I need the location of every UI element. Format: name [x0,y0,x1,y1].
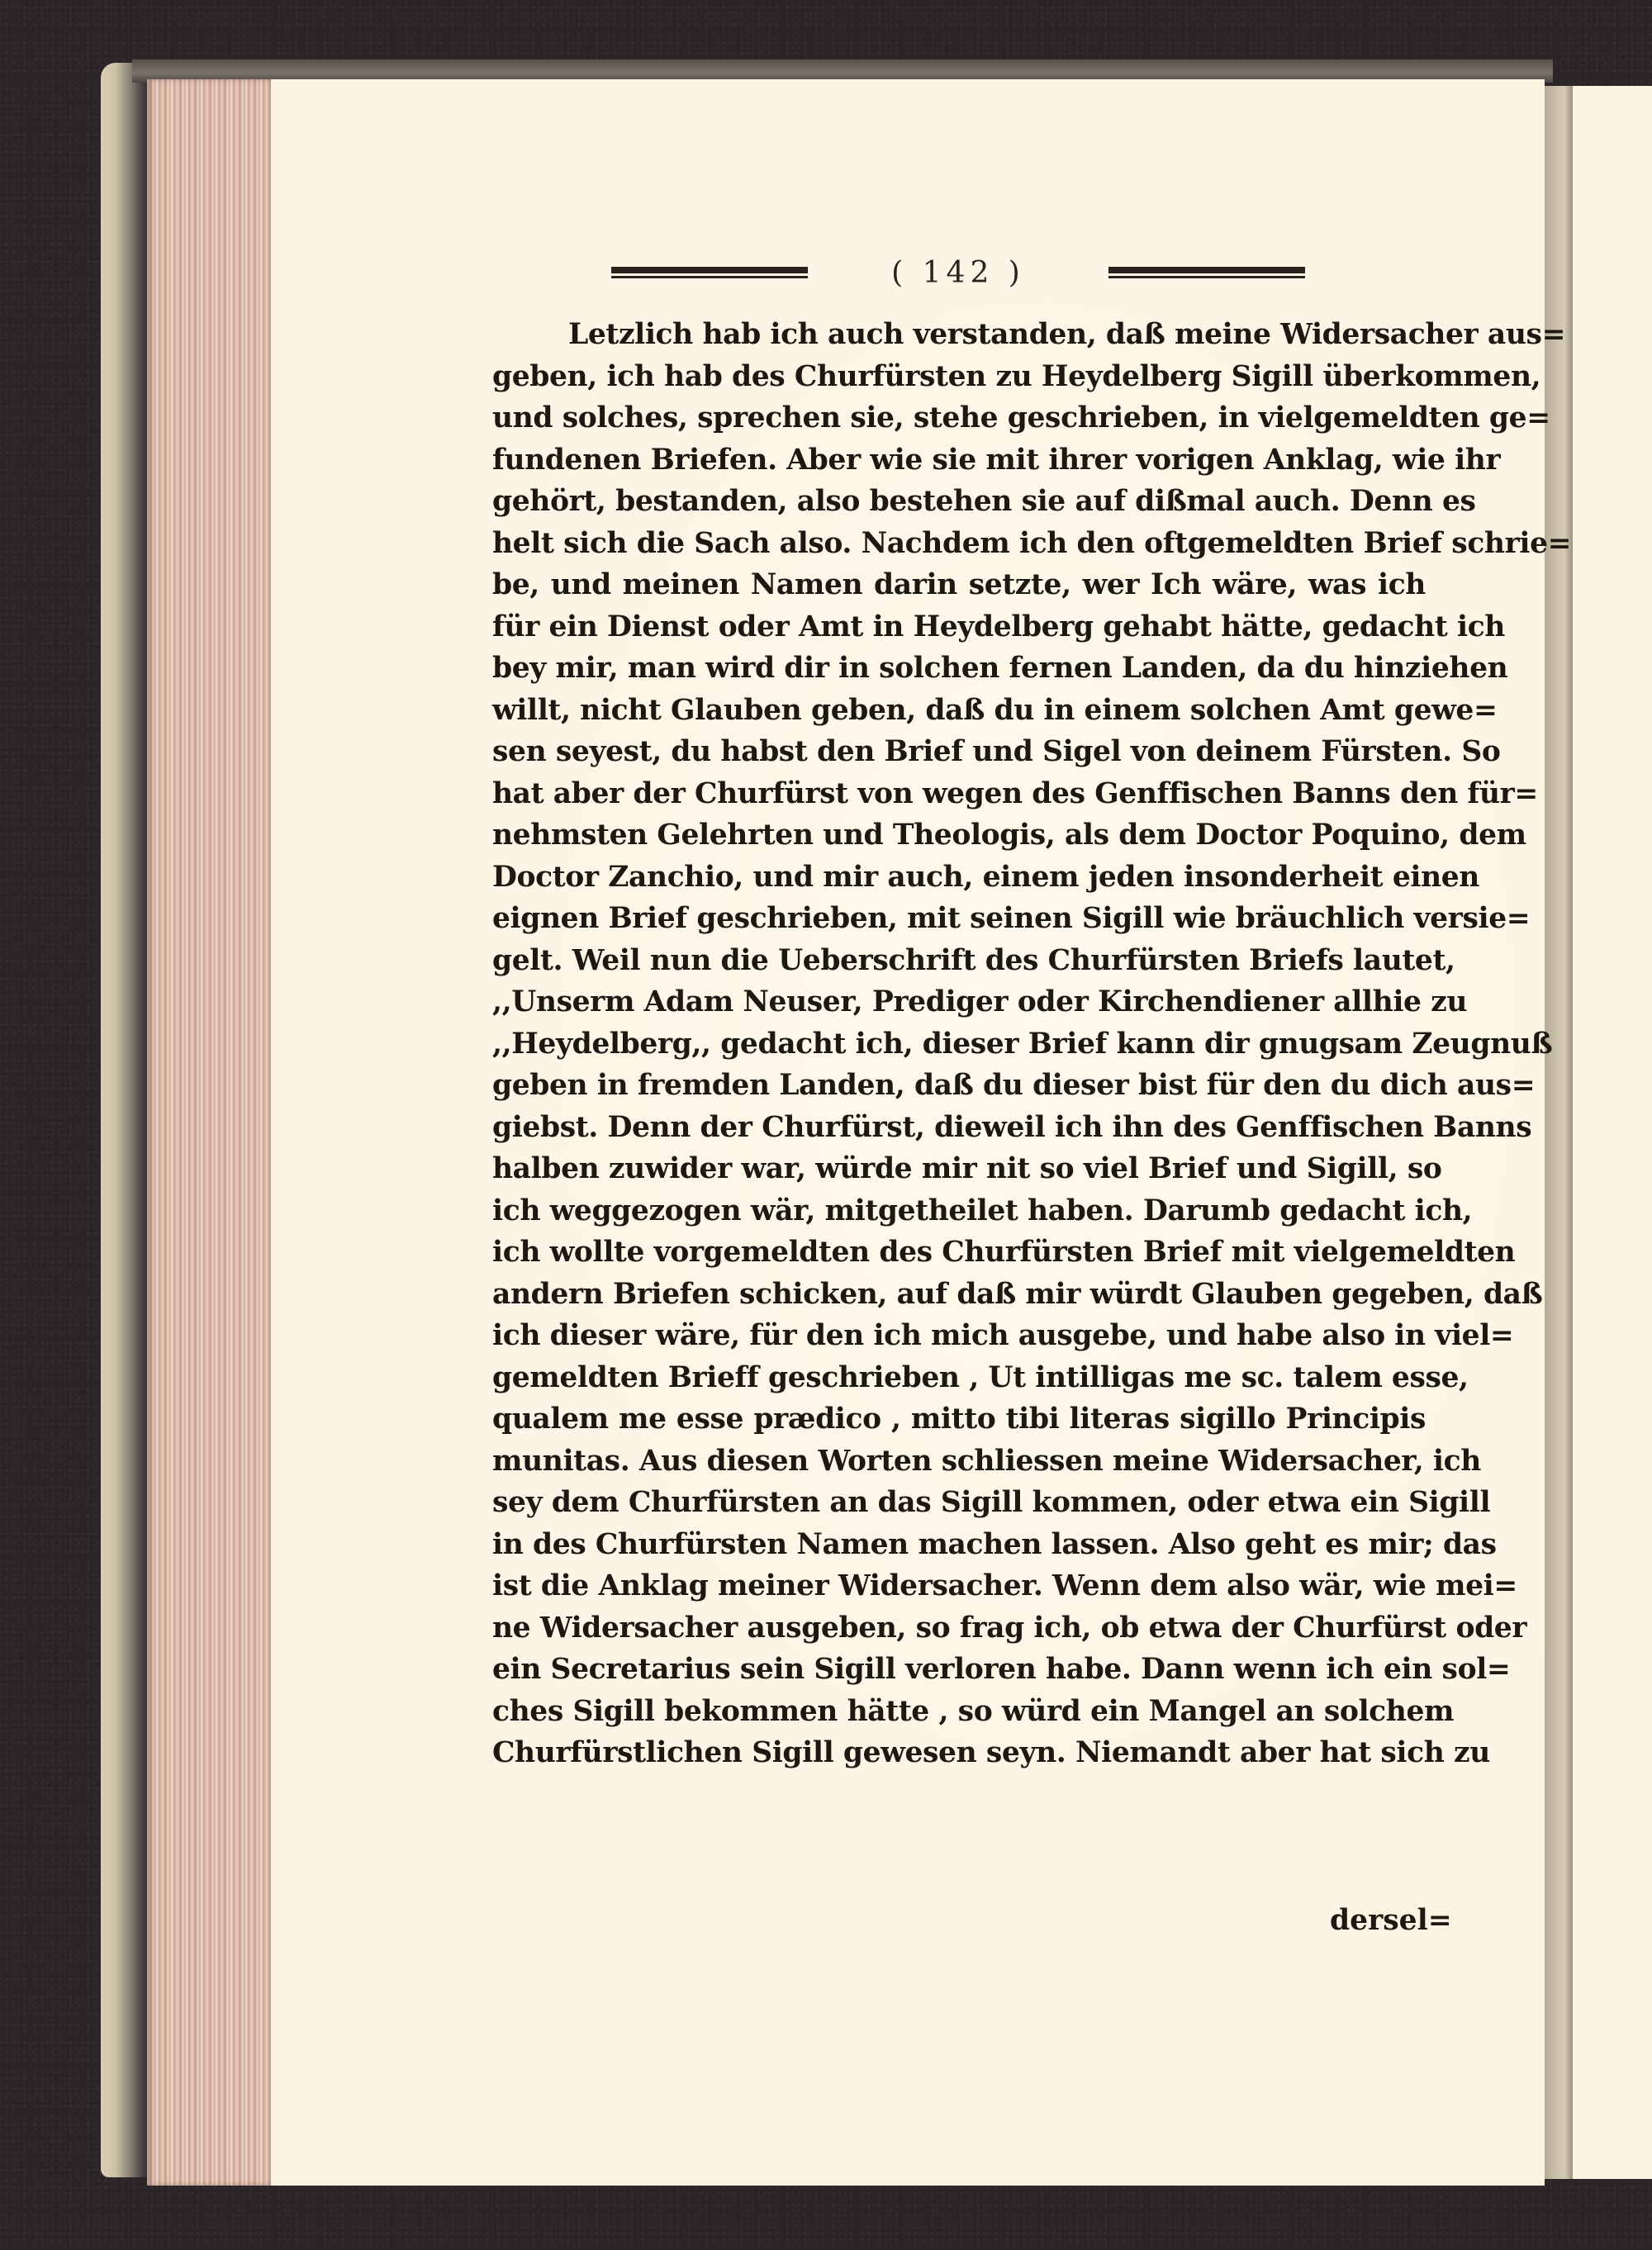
text-line: Churfürstlichen Sigill gewesen seyn. Nie… [492,1732,1426,1774]
text-line: gelt. Weil nun die Ueberschrift des Chur… [492,940,1426,982]
text-line: halben zuwider war, würde mir nit so vie… [492,1148,1426,1190]
page-number: ( 142 ) [891,256,1025,290]
text-line: ich dieser wäre, für den ich mich ausgeb… [492,1315,1426,1357]
text-line: für ein Dienst oder Amt in Heydelberg ge… [492,606,1426,648]
book-spine [101,63,149,2177]
text-line: ich weggezogen wär, mitgetheilet haben. … [492,1190,1426,1232]
page-fore-edges [147,79,271,2186]
text-line: munitas. Aus diesen Worten schliessen me… [492,1441,1426,1483]
catchword: dersel= [1330,1904,1421,1937]
text-line: qualem me esse prædico , mitto tibi lite… [492,1398,1426,1441]
text-line: und solches, sprechen sie, stehe geschri… [492,397,1426,439]
text-line: eignen Brief geschrieben, mit seinen Sig… [492,898,1426,940]
book-gutter [1545,86,1573,2179]
text-line: Doctor Zanchio, und mir auch, einem jede… [492,857,1426,899]
text-line: ches Sigill bekommen hätte , so würd ein… [492,1691,1426,1733]
text-line: ist die Anklag meiner Widersacher. Wenn … [492,1565,1426,1607]
text-line: giebst. Denn der Churfürst, dieweil ich … [492,1107,1426,1149]
text-line: fundenen Briefen. Aber wie sie mit ihrer… [492,439,1426,482]
text-line: gemeldten Brieff geschrieben , Ut intill… [492,1357,1426,1399]
text-line: andern Briefen schicken, auf daß mir wür… [492,1274,1426,1316]
text-line: ein Secretarius sein Sigill verloren hab… [492,1649,1426,1691]
header-rule-left [611,265,808,280]
text-line: geben, ich hab des Churfürsten zu Heydel… [492,356,1426,398]
text-line: willt, nicht Glauben geben, daß du in ei… [492,690,1426,732]
text-line: Letzlich hab ich auch verstanden, daß me… [492,314,1426,356]
text-line: gehört, bestanden, also bestehen sie auf… [492,481,1426,523]
text-line: sey dem Churfürsten an das Sigill kommen… [492,1482,1426,1524]
text-line: nehmsten Gelehrten und Theologis, als de… [492,814,1426,857]
text-line: hat aber der Churfürst von wegen des Gen… [492,773,1426,815]
text-line: ich wollte vorgemeldten des Churfürsten … [492,1232,1426,1274]
body-text: Letzlich hab ich auch verstanden, daß me… [492,314,1426,1774]
text-line: be, und meinen Namen darin setzte, wer I… [492,564,1426,606]
text-line: helt sich die Sach also. Nachdem ich den… [492,523,1426,565]
text-line: bey mir, man wird dir in solchen fernen … [492,648,1426,690]
header-rule-right [1108,265,1305,280]
facing-page-edge [1573,86,1652,2179]
running-header: ( 142 ) [611,248,1305,297]
text-line: ,,Heydelberg,, gedacht ich, dieser Brief… [492,1023,1426,1066]
text-line: ne Widersacher ausgeben, so frag ich, ob… [492,1607,1426,1650]
text-line: ,,Unserm Adam Neuser, Prediger oder Kirc… [492,981,1426,1023]
text-line: sen seyest, du habst den Brief und Sigel… [492,731,1426,773]
text-line: in des Churfürsten Namen machen lassen. … [492,1524,1426,1566]
text-line: geben in fremden Landen, daß du dieser b… [492,1065,1426,1107]
